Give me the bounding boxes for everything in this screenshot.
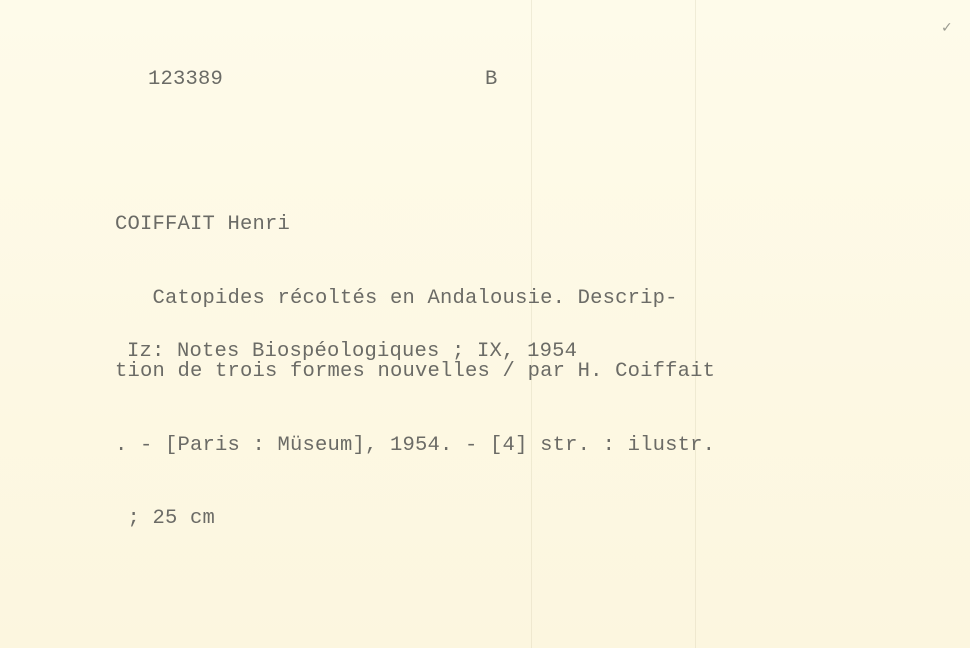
publication-line: . - [Paris : Müseum], 1954. - [4] str. :…: [115, 434, 715, 459]
dimensions-line: ; 25 cm: [115, 507, 715, 532]
location-code: B: [485, 68, 498, 93]
accession-number: 123389: [148, 68, 223, 93]
source-note: Iz: Notes Biospéologiques ; IX, 1954: [127, 340, 577, 365]
author-heading: COIFFAIT Henri: [115, 213, 715, 238]
bibliographic-entry: COIFFAIT Henri Catopides récoltés en And…: [115, 164, 715, 581]
check-mark-icon: ✓: [941, 20, 953, 36]
title-line: Catopides récoltés en Andalousie. Descri…: [115, 287, 715, 312]
catalog-card: 123389 B ✓ COIFFAIT Henri Catopides réco…: [0, 0, 970, 648]
